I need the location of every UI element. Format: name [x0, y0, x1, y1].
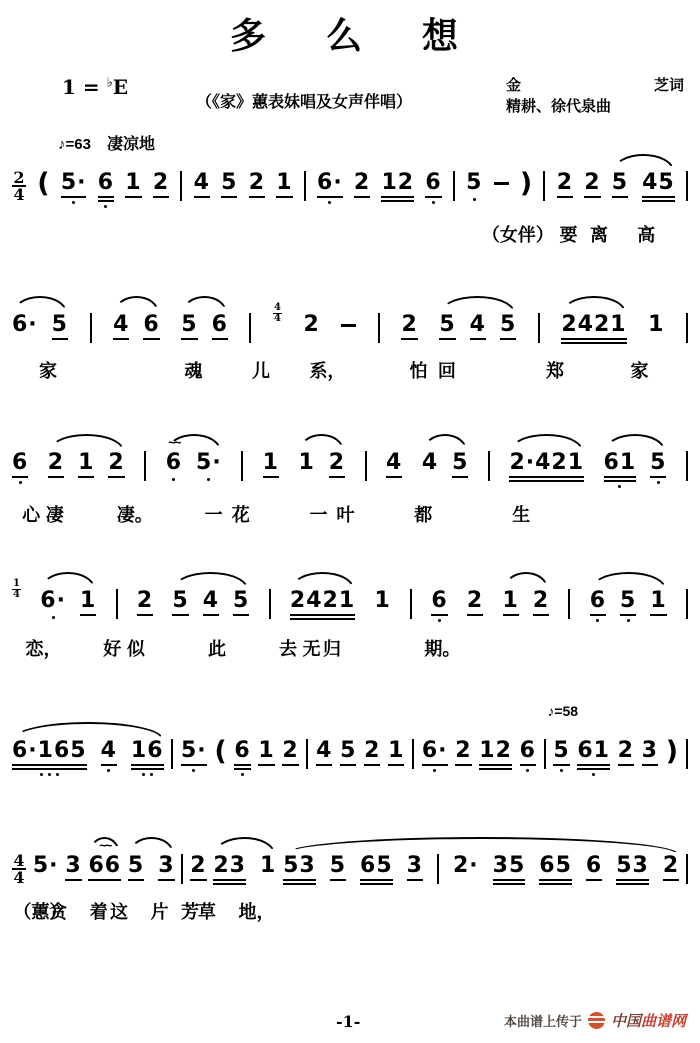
beam-underlines: [386, 476, 402, 478]
beam-underline: [80, 614, 96, 616]
note: 2: [190, 854, 206, 881]
note-number: 2: [304, 313, 320, 337]
octave-dots: [104, 205, 107, 208]
beam-underline: [616, 879, 649, 881]
beam-underline: [98, 196, 114, 198]
slur-arc: [291, 572, 354, 589]
note-number: 4: [113, 313, 129, 337]
note: 1: [374, 589, 390, 613]
note: 16: [131, 739, 164, 776]
octave-dots: [592, 773, 595, 776]
note: 2·421: [509, 451, 584, 482]
octave-dot: [107, 769, 110, 772]
barline: [90, 313, 92, 343]
beam-underline: [212, 338, 228, 340]
beam-underlines: [212, 338, 228, 340]
beam-underlines: [283, 879, 316, 885]
note: 35: [493, 854, 526, 885]
beam-underline: [213, 879, 246, 881]
beam-underline: [61, 196, 87, 198]
barline: [543, 171, 545, 201]
beam-underlines: [12, 764, 87, 770]
note: 1: [388, 739, 404, 766]
duration-dash: [494, 182, 509, 185]
beam-underlines: [263, 476, 279, 478]
beam-underline: [493, 883, 526, 885]
note-number: 6·: [12, 313, 38, 337]
beam-underlines: [194, 196, 210, 198]
note-number: 2: [190, 854, 206, 878]
beam-underlines: [586, 879, 602, 881]
note-number: 1: [298, 451, 314, 475]
note-number: 5·: [33, 854, 59, 878]
lyricist-name: 金: [506, 75, 521, 96]
note: 4: [422, 451, 438, 475]
expression-mark: 凄凉地: [107, 131, 155, 154]
beam-underline: [190, 879, 206, 881]
note-number: 2: [364, 739, 380, 763]
beam-underline: [422, 764, 448, 766]
slur-group: 6·165416: [12, 739, 164, 776]
lyric-syllable: 草: [198, 898, 216, 924]
lyric-syllable: 系，: [309, 357, 345, 383]
note-number: 1: [260, 854, 276, 878]
note-number: 6: [212, 313, 228, 337]
slur-group: 6·1: [40, 589, 96, 619]
note: 6: [431, 589, 447, 622]
lyrics-row: 心凄凄。一花一叶都生: [12, 501, 688, 527]
slur-group: ~~66: [88, 854, 121, 881]
lyric-syllable: 郑: [546, 357, 564, 383]
note-number: 2: [663, 854, 679, 878]
note-number: 1: [258, 739, 274, 763]
music-line: 6·1654165·(61245216·2126♪=5856123): [10, 699, 690, 776]
octave-dot: [433, 769, 436, 772]
note: 6: [234, 739, 250, 776]
slur-arc: [562, 296, 625, 313]
lyric-syllable: 期。: [424, 635, 460, 661]
note-number: 1: [648, 313, 664, 337]
beam-underline: [431, 614, 447, 616]
note: 2421: [290, 589, 355, 620]
lyric-syllable: 芳: [181, 898, 199, 924]
lyric-syllable: 去: [279, 635, 297, 661]
lyric-syllable: 无: [303, 635, 321, 661]
note: 2: [533, 589, 549, 616]
note: 12: [479, 739, 512, 770]
note: 5: [181, 313, 197, 340]
slur-arc: [114, 296, 159, 313]
tempo-mark: ♪=58: [547, 703, 578, 719]
note-number: 66: [88, 854, 121, 878]
barline: [144, 451, 146, 481]
note: 5: [620, 589, 636, 622]
beam-underline: [290, 614, 355, 616]
site-name-part1: 中国: [611, 1013, 641, 1030]
octave-dot: [241, 773, 244, 776]
beam-underline: [584, 196, 600, 198]
note-number: 2: [329, 451, 345, 475]
beam-underline: [203, 614, 219, 616]
key-letter: E: [113, 75, 128, 99]
note-number: 2: [108, 451, 124, 475]
beam-underline: [12, 768, 87, 770]
lyric-syllable: 叶: [336, 501, 354, 527]
note-number: 1: [276, 171, 292, 195]
note-number: 6·: [422, 739, 448, 763]
beam-underline: [131, 768, 164, 770]
beam-underlines: [561, 338, 626, 344]
tremolo-icon: ~~: [99, 841, 110, 851]
beam-underline: [158, 879, 174, 881]
beam-underlines: [143, 338, 159, 340]
beam-underline: [604, 476, 637, 478]
note-number: 61: [604, 451, 637, 475]
beam-underlines: [360, 879, 393, 885]
octave-dot: [192, 769, 195, 772]
note-number: 4: [316, 739, 332, 763]
beam-underlines: [52, 338, 68, 340]
note-number: 1: [503, 589, 519, 613]
beam-underline: [577, 764, 610, 766]
beam-underlines: [61, 196, 87, 198]
note: 2: [48, 451, 64, 478]
beam-underlines: [401, 338, 417, 340]
beam-underline: [500, 338, 516, 340]
lyric-syllable: 这: [110, 898, 128, 924]
slur-group: 2·421: [509, 451, 584, 482]
notation-row: 445·3~~665322315356532·35656532: [12, 836, 688, 885]
beam-underline: [533, 614, 549, 616]
beam-underline: [616, 883, 649, 885]
lyrics-row: （蕙）贪着这片芳草地，: [12, 898, 688, 924]
note-number: 2: [467, 589, 483, 613]
note: 45: [642, 171, 675, 202]
beam-underline: [52, 338, 68, 340]
lyric-syllable: 归: [323, 635, 341, 661]
beam-underlines: [172, 614, 188, 616]
music-line: 445·3~~665322315356532·35656532（蕙）贪着这片芳草…: [10, 836, 690, 924]
note-number: 23: [213, 854, 246, 878]
octave-dots: [72, 201, 75, 204]
barline: [241, 451, 243, 481]
beam-underlines: [364, 764, 380, 766]
note-number: 61: [577, 739, 610, 763]
note: 1: [260, 854, 276, 878]
beam-underline: [493, 879, 526, 881]
beam-underline: [340, 764, 356, 766]
octave-dot: [657, 481, 660, 484]
beam-underlines: [616, 879, 649, 885]
slur-group: 545: [172, 589, 249, 616]
octave-dots: [40, 773, 59, 776]
beam-underlines: [290, 614, 355, 620]
beam-underline: [108, 476, 124, 478]
beam-underlines: [604, 476, 637, 482]
beam-underlines: [650, 476, 666, 478]
key-tonic: 1: [62, 75, 76, 99]
beam-underline: [125, 196, 141, 198]
note: 53: [616, 854, 649, 885]
note: ♪=585: [553, 739, 569, 772]
barline: [686, 451, 688, 481]
octave-dots: [192, 769, 195, 772]
note: 2: [364, 739, 380, 766]
beam-underline: [509, 476, 584, 478]
beam-underlines: [533, 614, 549, 616]
note: 4: [113, 313, 129, 340]
tempo-row: ♪=63凄凉地: [58, 131, 688, 153]
beam-underline: [283, 883, 316, 885]
lyric-syllable: 凄。: [117, 501, 153, 527]
octave-dots: [596, 619, 599, 622]
time-signature-bottom: 4: [13, 591, 20, 599]
slur-group: 53: [128, 854, 175, 881]
octave-dots: [52, 616, 55, 619]
note-number: 5: [466, 171, 482, 195]
note: 2: [249, 171, 265, 198]
key-equals: =: [76, 75, 107, 99]
note: 2: [584, 171, 600, 198]
beam-underline: [439, 338, 455, 340]
slur-arc: [423, 434, 468, 451]
tempo-mark: ♪=63: [58, 136, 91, 153]
slur-arc: [504, 572, 549, 589]
note-number: 5·: [61, 171, 87, 195]
beam-underlines: [381, 196, 414, 202]
beam-underline: [276, 196, 292, 198]
beam-underlines: [493, 879, 526, 885]
barline: [365, 451, 367, 481]
note-number: 5: [330, 854, 346, 878]
lyric-syllable: 着: [90, 898, 108, 924]
beam-underline: [561, 338, 626, 340]
lyrics-row: 家魂儿系，怕回郑家: [12, 357, 688, 383]
note-number: 5·: [181, 739, 207, 763]
note-number: 5: [172, 589, 188, 613]
note: 6: [425, 171, 441, 204]
beam-underline: [263, 476, 279, 478]
time-signature: 24: [12, 171, 26, 201]
note: 6: [143, 313, 159, 340]
page-title: 多 么 想: [10, 8, 690, 59]
slur-group: 545: [612, 171, 675, 202]
note-number: 1: [78, 451, 94, 475]
note: 6: [98, 171, 114, 208]
note-number: 3: [407, 854, 423, 878]
note-number: 2: [401, 313, 417, 337]
note-number: 6·: [40, 589, 66, 613]
note-number: 6: [143, 313, 159, 337]
barline: [544, 739, 546, 769]
note-number: 5: [612, 171, 628, 195]
lyric-syllable: 高: [637, 221, 655, 247]
note: 2: [618, 739, 634, 766]
lyricist-line: 金 芝词: [506, 75, 684, 96]
beam-underline: [381, 200, 414, 202]
note: 5: [439, 313, 455, 340]
close-paren: ): [666, 739, 678, 765]
subtitle: （《家》蕙表妹唱及女声伴唱）: [196, 89, 412, 112]
note-number: 2: [557, 171, 573, 195]
slur-arc: [613, 154, 674, 171]
note: 6: [12, 451, 28, 484]
note: 6·: [12, 313, 38, 337]
note-number: 6: [586, 854, 602, 878]
site-logo-icon: [588, 1012, 605, 1029]
note-number: 16: [131, 739, 164, 763]
barline: [453, 171, 455, 201]
beam-underline: [329, 476, 345, 478]
beam-underlines: [249, 196, 265, 198]
beam-underlines: [203, 614, 219, 616]
note: 6: [590, 589, 606, 622]
barline: [171, 739, 173, 769]
lyric-syllable: 一: [205, 501, 223, 527]
beam-underline: [12, 764, 87, 766]
note-number: 2: [137, 589, 153, 613]
note-number: 65: [539, 854, 572, 878]
beam-underline: [590, 614, 606, 616]
note: 12: [381, 171, 414, 202]
composer-line: 精耕、徐代泉曲: [506, 96, 684, 117]
note: 2: [282, 739, 298, 766]
note: 2: [137, 589, 153, 616]
beam-underlines: [642, 196, 675, 202]
octave-dots: [433, 769, 436, 772]
slur-arc: [173, 572, 248, 589]
note-number: 2: [584, 171, 600, 195]
lyric-syllable: 恋，: [26, 635, 62, 661]
slur-group: 46: [113, 313, 160, 340]
note-number: 1: [388, 739, 404, 763]
note-number: 1: [80, 589, 96, 613]
octave-dot: [596, 619, 599, 622]
note: 6·: [422, 739, 448, 772]
note-number: 53: [283, 854, 316, 878]
octave-dots: [142, 773, 153, 776]
note-number: 6: [98, 171, 114, 195]
key-signature: 1 = ♭E: [62, 75, 128, 99]
slur-group: 12: [503, 589, 550, 616]
time-signature-top: 4: [274, 304, 281, 312]
music-line: 6212~~65·1124452·421615心凄凄。一花一叶都生: [10, 433, 690, 527]
octave-dots: [241, 773, 244, 776]
open-paren: (: [214, 739, 226, 765]
beam-underline: [249, 196, 265, 198]
beam-underline: [234, 768, 250, 770]
barline: [269, 589, 271, 619]
beam-underline: [561, 342, 626, 344]
barline: [686, 171, 688, 201]
beam-underline: [354, 196, 370, 198]
note-number: 2: [533, 589, 549, 613]
beam-underlines: [340, 764, 356, 766]
note-number: 4: [422, 451, 438, 475]
beam-underlines: [88, 879, 121, 881]
beam-underline: [221, 196, 237, 198]
note-number: 5: [650, 451, 666, 475]
note-number: 4: [386, 451, 402, 475]
beam-underline: [618, 764, 634, 766]
beam-underlines: [221, 196, 237, 198]
watermark: 本曲谱上传于 中国曲谱网: [504, 1010, 686, 1031]
beam-underlines: [48, 476, 64, 478]
lyric-syllable: 片: [151, 898, 169, 924]
beam-underlines: [431, 614, 447, 616]
open-paren: (: [37, 171, 49, 197]
slur-group: 231: [213, 854, 276, 885]
octave-dot: [432, 201, 435, 204]
beam-underline: [233, 614, 249, 616]
note: 53: [283, 854, 316, 885]
beam-underline: [98, 200, 114, 202]
beam-underlines: [330, 879, 346, 881]
beam-underlines: [407, 879, 423, 881]
lyric-syllable: 怕: [409, 357, 427, 383]
time-signature-top: 4: [13, 854, 24, 867]
note-number: 3: [65, 854, 81, 878]
beam-underlines: [388, 764, 404, 766]
site-name-part2: 曲谱网: [641, 1013, 686, 1030]
beam-underline: [557, 196, 573, 198]
beam-underlines: [78, 476, 94, 478]
lyric-syllable: 好: [103, 635, 121, 661]
beam-underlines: [553, 764, 569, 766]
octave-dots: [432, 201, 435, 204]
beam-underline: [407, 879, 423, 881]
note-number: 6: [166, 451, 182, 475]
beam-underline: [642, 200, 675, 202]
lyric-syllable: 都: [414, 501, 432, 527]
lyric-syllable: 要: [560, 221, 578, 247]
octave-dots: [107, 769, 110, 772]
octave-dots: [328, 201, 331, 204]
beam-underline: [509, 480, 584, 482]
barline: [437, 854, 439, 884]
octave-dot: [56, 773, 59, 776]
beam-underline: [455, 764, 471, 766]
beam-underline: [520, 764, 536, 766]
beam-underline: [137, 614, 153, 616]
barline: [180, 171, 182, 201]
note-number: 6·: [317, 171, 343, 195]
beam-underline: [663, 879, 679, 881]
time-signature-bottom: 4: [274, 315, 281, 323]
octave-dot: [592, 773, 595, 776]
watermark-site-name: 中国曲谱网: [611, 1010, 686, 1031]
beam-underline: [479, 768, 512, 770]
close-paren: ): [520, 171, 532, 197]
lyric-syllable: 心: [22, 501, 40, 527]
octave-dot: [172, 478, 175, 481]
beam-underline: [503, 614, 519, 616]
beam-underlines: [439, 338, 455, 340]
lyric-syllable: 家: [631, 357, 649, 383]
note: 4: [203, 589, 219, 616]
beam-underline: [539, 883, 572, 885]
beam-underlines: [642, 764, 658, 766]
notation-row: 146·12545242116212651: [12, 571, 688, 622]
beam-underline: [467, 614, 483, 616]
lyric-syllable: 凄: [46, 501, 64, 527]
score: ♪=63凄凉地24(5·61245216·21265)22545（女伴）要离高6…: [10, 131, 690, 924]
time-signature-bottom: 4: [13, 188, 24, 201]
beam-underline: [620, 614, 636, 616]
time-signature-change: 44: [273, 304, 282, 323]
octave-dot: [52, 616, 55, 619]
octave-dot: [627, 619, 630, 622]
